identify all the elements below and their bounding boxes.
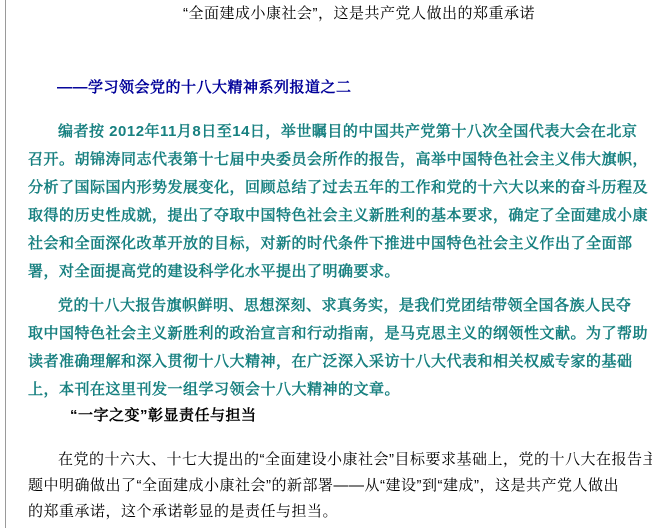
- text-line: 编者按 2012年11月8日至14日，举世瞩目的中国共产党第十八次全国代表大会在…: [28, 118, 646, 146]
- text-line: 的郑重承诺，这个承诺彰显的是责任与担当。: [28, 499, 646, 525]
- text-line: 上，本刊在这里刊发一组学习领会十八大精神的文章。: [28, 376, 646, 404]
- text-line: 社会和全面深化改革开放的目标，对新的时代条件下推进中国特色社会主义作出了全面部: [28, 230, 646, 258]
- text-line: 读者准确理解和深入贯彻十八大精神，在广泛深入采访十八大代表和相关权威专家的基础: [28, 348, 646, 376]
- text-line: 分析了国际国内形势发展变化，回顾总结了过去五年的工作和党的十六大以来的奋斗历程及: [28, 174, 646, 202]
- text-line: 取得的历史性成就，提出了夺取中国特色社会主义新胜利的基本要求，确定了全面建成小康: [28, 202, 646, 230]
- text-line: 党的十八大报告旗帜鲜明、思想深刻、求真务实，是我们党团结带领全国各族人民夺: [28, 292, 646, 320]
- text-line: 召开。胡锦涛同志代表第十七届中央委员会所作的报告，高举中国特色社会主义伟大旗帜，: [28, 146, 646, 174]
- series-heading: ——学习领会党的十八大精神系列报道之二: [57, 79, 646, 97]
- intro-tail-line: “全面建成小康社会”，这是共产党人做出的郑重承诺: [183, 5, 646, 22]
- text-line: 在党的十六大、十七大提出的“全面建设小康社会”目标要求基础上，党的十八大在报告主: [28, 447, 646, 473]
- text-line: 署，对全面提高党的建设科学化水平提出了明确要求。: [28, 258, 646, 286]
- section-heading: “一字之变”彰显责任与担当: [70, 407, 646, 425]
- report-paragraph: 党的十八大报告旗帜鲜明、思想深刻、求真务实，是我们党团结带领全国各族人民夺 取中…: [28, 292, 646, 404]
- body-paragraph: 在党的十六大、十七大提出的“全面建设小康社会”目标要求基础上，党的十八大在报告主…: [28, 447, 646, 525]
- text-line: 取中国特色社会主义新胜利的政治宣言和行动指南，是马克思主义的纲领性文献。为了帮助: [28, 320, 646, 348]
- article-page: “全面建成小康社会”，这是共产党人做出的郑重承诺 ——学习领会党的十八大精神系列…: [0, 0, 652, 525]
- editor-note-paragraph: 编者按 2012年11月8日至14日，举世瞩目的中国共产党第十八次全国代表大会在…: [28, 118, 646, 286]
- text-line: 题中明确做出了“全面建成小康社会”的新部署——从“建设”到“建成”，这是共产党人…: [28, 473, 646, 499]
